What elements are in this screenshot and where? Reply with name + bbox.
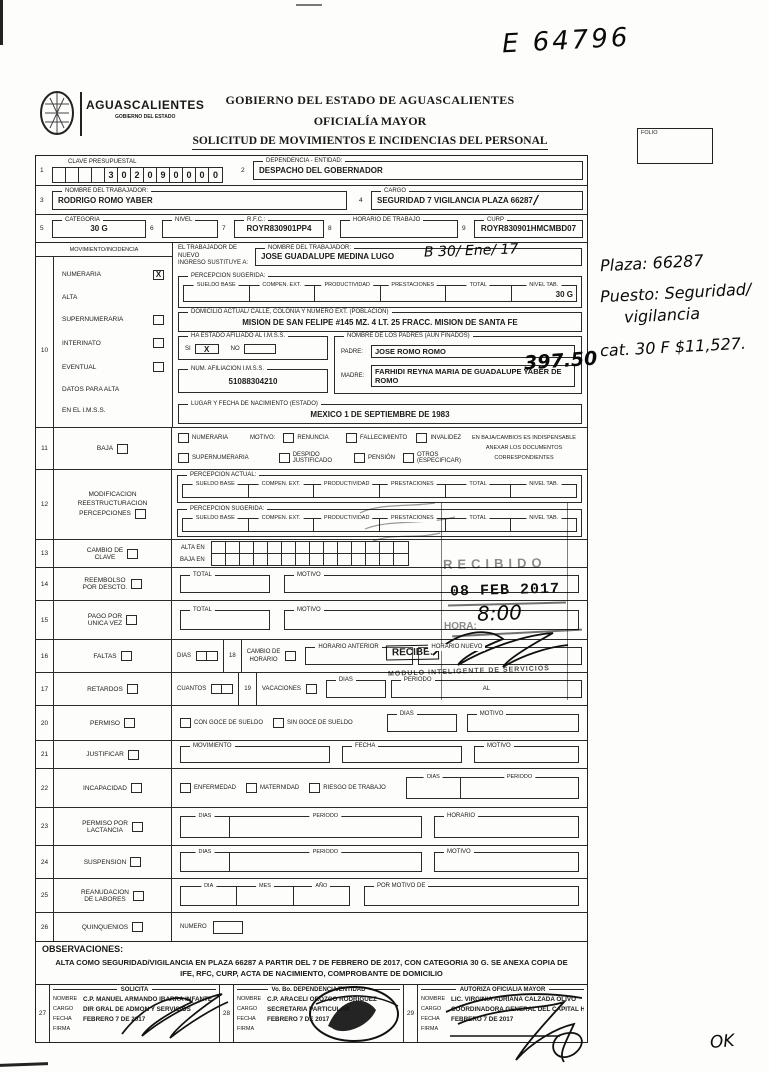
cuantos-label: CUANTOS (177, 686, 206, 692)
row-number: 17 (36, 673, 54, 705)
clave-digit: 3 (105, 168, 118, 182)
row-number: 14 (36, 568, 54, 600)
reembolso-label: REEMBOLSO (84, 577, 125, 584)
handwritten-hora: 8:00 (477, 600, 523, 626)
clave-presupuestal-field: CLAVE PRESUPUESTAL 302090000 (52, 159, 223, 183)
title-oficialia: OFICIALÍA MAYOR (150, 114, 590, 129)
faltas-checkbox (121, 651, 132, 661)
reanudacion-checkbox (133, 891, 144, 901)
quinquenios-content: NUMERO (172, 913, 587, 941)
padre-label: PADRE: (341, 349, 367, 355)
nacimiento-label: LUGAR Y FECHA DE NACIMIENTO (ESTADO) (188, 401, 321, 408)
suspension-content: DIAS PERIODO MOTIVO (172, 846, 587, 878)
cuantos-box (222, 684, 233, 694)
con-goce-label: CON GOCE DE SUELDO (194, 720, 263, 726)
en-el-imss-label: EN EL I.M.S.S. (62, 407, 105, 414)
row-categoria-curp: 5 CATEGORIA 30 G 6 NIVEL 7 R.F.C.: ROYR8… (36, 215, 587, 242)
invalidez-label: INVALIDEZ (430, 435, 461, 441)
fecha-field: FECHA (342, 746, 462, 763)
despido-checkbox (279, 453, 290, 463)
numeraria-checkbox: X (153, 270, 164, 280)
retardos-checkbox (127, 684, 138, 694)
quinquenios-label: QUINQUENIOS (82, 924, 128, 931)
folio-box: FOLIO (637, 128, 713, 164)
maternidad-label: MATERNIDAD (260, 785, 299, 791)
supernumeraria-label: SUPERNUMERARIA (62, 316, 123, 323)
total-field: TOTAL (180, 575, 270, 593)
row-number: 26 (36, 913, 54, 941)
autoriza-signature (440, 984, 590, 1069)
dias-periodo-field: DIAS PERIODO (180, 852, 422, 872)
curp-label: CURP (484, 217, 507, 224)
padres-label: NOMBRE DE LOS PADRES (AUN FINADOS) (344, 333, 473, 340)
row-number-18: 18 (229, 653, 236, 659)
row-alta: MOVIMIENTO/INCIDENCIA 10 NUMERARIAX ALTA… (36, 243, 587, 428)
no-checkbox (244, 344, 276, 354)
cambio-clave-checkbox (127, 549, 138, 559)
row-number: 10 (36, 257, 54, 427)
pago-por-label: PAGO POR (88, 613, 122, 620)
permiso-label: PERMISO (90, 720, 120, 727)
num-afiliacion-value: 51088304210 (179, 370, 327, 392)
row-number: 1 (40, 167, 48, 174)
dependencia-field: DEPENDENCIA - ENTIDAD: DESPACHO DEL GOBE… (253, 161, 583, 180)
handwritten-margin-notes: Plaza: 66287Puesto: Seguridad/vigilancia… (600, 252, 765, 368)
cuantos-box (211, 684, 222, 694)
incapacidad-checkbox (131, 783, 142, 793)
vacaciones-label: VACACIONES (262, 686, 301, 692)
row-number: 21 (36, 741, 54, 768)
handwritten-slash: / (534, 193, 538, 207)
sin-goce-checkbox (273, 718, 284, 728)
clave-digit (79, 168, 92, 182)
row-number: 29 (404, 985, 418, 1042)
justificar-label: JUSTIFICAR (86, 751, 124, 758)
dias-box (196, 651, 207, 661)
dia-mes-anio-field: DIA MES AÑO (180, 886, 350, 906)
renuncia-checkbox (283, 433, 294, 443)
invalidez-checkbox (416, 433, 427, 443)
sustituye-nombre-label: NOMBRE DEL TRABAJADOR: (265, 245, 354, 252)
renuncia-label: RENUNCIA (297, 435, 328, 441)
recibido-stamp-text: RECIBIDO (443, 555, 547, 572)
observaciones-label: OBSERVACIONES: (42, 944, 581, 954)
row-reanudacion: 25 REANUDACIONDE LABORES DIA MES AÑO POR… (36, 879, 587, 913)
num-afiliacion-label: NUM. AFILIACION I.M.S.S. (188, 366, 267, 373)
horario-trabajo-field: HORARIO DE TRABAJO (340, 220, 458, 238)
scan-artifact (0, 1062, 48, 1067)
afiliado-imss-label: HA ESTADO AFILIADO AL I.M.S.S. (188, 333, 288, 340)
dias-label: DIAS (177, 653, 191, 659)
motivo-field: MOTIVO (467, 714, 579, 732)
compen-ext-cell: COMPEN. EXT. (249, 485, 315, 497)
total-cell: TOTAL (446, 286, 512, 301)
clave-digit: 0 (118, 168, 131, 182)
alta-en-label: ALTA EN (180, 542, 205, 554)
clave-digit: 0 (183, 168, 196, 182)
row-number: 22 (36, 769, 54, 807)
rfc-field: R.F.C.: ROYR830901PP4 (234, 220, 324, 238)
row-clave-dependencia: 1 CLAVE PRESUPUESTAL 302090000 2 DEPENDE… (36, 156, 587, 186)
row-number: 16 (36, 640, 54, 672)
row-number: 12 (36, 470, 54, 539)
sustituye-nombre-field: NOMBRE DEL TRABAJADOR: JOSE GUADALUPE ME… (255, 248, 582, 266)
pension-label: PENSIÓN (368, 455, 395, 461)
nivel-tab-cell: NIVEL TAB. (511, 485, 576, 497)
clave-digit (53, 168, 66, 182)
form-titles: GOBIERNO DEL ESTADO DE AGUASCALIENTES OF… (150, 93, 590, 150)
handwritten-ok: OK (709, 1031, 735, 1053)
quinquenios-checkbox (132, 922, 143, 932)
row-nombre-cargo: 3 NOMBRE DEL TRABAJADOR: RODRIGO ROMO YA… (36, 186, 587, 215)
faint-stamp-marks (355, 495, 475, 550)
alta-label: ALTA (62, 294, 77, 301)
justificar-content: MOVIMIENTO FECHA MOTIVO (172, 741, 587, 768)
permiso-checkbox (124, 718, 135, 728)
title-government: GOBIERNO DEL ESTADO DE AGUASCALIENTES (150, 93, 590, 108)
con-goce-checkbox (180, 718, 191, 728)
row-number-19: 19 (244, 686, 251, 692)
alta-percepcion-sugerida: PERCEPCION SUGERIDA: SUELDO BASE COMPEN.… (178, 276, 582, 308)
row-number: 8 (328, 225, 336, 232)
si-checkbox: X (195, 344, 219, 354)
scan-artifact (296, 4, 322, 6)
baja-checkbox (117, 444, 128, 454)
curp-field: CURP ROYR830901HMCMBD07 (474, 220, 583, 238)
productividad-cell: PRODUCTIVIDAD (315, 286, 381, 301)
despido-label: DESPIDO JUSTIFICADO (293, 452, 346, 464)
row-number: 9 (462, 225, 470, 232)
margin-note: vigilancia (624, 300, 766, 326)
cargo-value: SEGURIDAD 7 VIGILANCIA PLAZA 66287 (377, 196, 533, 205)
row-number: 27 (36, 985, 50, 1042)
numero-box (213, 921, 243, 934)
baja-numeraria-label: NUMERARIA (192, 435, 228, 441)
margin-note: cat. 30 F $11,527. (600, 333, 766, 361)
identification-section: 1 CLAVE PRESUPUESTAL 302090000 2 DEPENDE… (35, 155, 588, 243)
baja-supernumeraria-label: SUPERNUMERARIA (192, 455, 249, 461)
dependencia-label: DEPENDENCIA - ENTIDAD: (263, 158, 345, 165)
eventual-label: EVENTUAL (62, 364, 96, 371)
prestaciones-cell: PRESTACIONES (381, 286, 447, 301)
nivel-tab-cell: NIVEL TAB.30 G (512, 286, 577, 301)
supernumeraria-checkbox (153, 315, 164, 325)
lactancia-label: LACTANCIA (87, 827, 123, 834)
interinato-label: INTERINATO (62, 340, 101, 347)
de-labores-label: DE LABORES (84, 896, 126, 903)
row-number: 24 (36, 846, 54, 878)
no-label: NO (231, 346, 240, 352)
reestructuracion-label: REESTRUCTURACION (78, 500, 148, 507)
permiso-por-label: PERMISO POR (82, 820, 128, 827)
anio-cell: AÑO (294, 887, 349, 905)
dias-field: DIAS (326, 680, 386, 698)
row-number: 20 (36, 706, 54, 740)
stamp-date: 08 FEB 2017 (450, 581, 560, 601)
clave-digit: 2 (131, 168, 144, 182)
row-suspension: 24 SUSPENSION DIAS PERIODO MOTIVO (36, 846, 587, 879)
logo-divider (80, 92, 82, 136)
clave-digit (92, 168, 105, 182)
cargo-field: CARGO SEGURIDAD 7 VIGILANCIA PLAZA 66287… (371, 191, 583, 210)
reanudacion-content: DIA MES AÑO POR MOTIVO DE (172, 879, 587, 912)
dias-cell: DIAS (181, 817, 230, 837)
nacimiento-field: LUGAR Y FECHA DE NACIMIENTO (ESTADO) MEX… (178, 404, 582, 424)
enfermedad-checkbox (180, 783, 191, 793)
periodo-cell: PERIODO (230, 817, 421, 837)
unica-vez-label: UNICA VEZ (88, 620, 122, 627)
fallecimiento-label: FALLECIMIENTO (360, 435, 407, 441)
sin-goce-label: SIN GOCE DE SUELDO (287, 720, 353, 726)
permiso-content: CON GOCE DE SUELDO SIN GOCE DE SUELDO DI… (172, 706, 587, 740)
lactancia-checkbox (132, 822, 143, 832)
riesgo-label: RIESGO DE TRABAJO (323, 785, 386, 791)
baja-content: NUMERARIA MOTIVO: RENUNCIA FALLECIMIENTO… (172, 428, 587, 469)
motivo-field: MOTIVO (434, 852, 579, 872)
row-number: 2 (241, 167, 249, 174)
dias-periodo-field: DIAS PERIODO (406, 777, 579, 799)
cargo-label: CARGO (381, 188, 409, 195)
alta-content: EL TRABAJADOR DE NUEVOINGRESO SUSTITUYE … (173, 243, 587, 427)
nivel-tab-value: 30 G (556, 290, 573, 299)
categoria-field: CATEGORIA 30 G (52, 220, 146, 238)
row-baja: 11 BAJA NUMERARIA MOTIVO: RENUNCIA FALLE… (36, 428, 587, 470)
madre-label: MADRE: (341, 373, 367, 379)
compen-ext-cell: COMPEN. EXT. (250, 286, 316, 301)
horario-field: HORARIO (434, 816, 579, 838)
periodo-cell: PERIODO (230, 853, 421, 871)
row-justificar: 21 JUSTIFICAR MOVIMIENTO FECHA MOTIVO (36, 741, 587, 769)
dias-periodo-field: DIAS PERIODO (180, 816, 422, 838)
modificacion-label: MODIFICACION (88, 491, 136, 498)
row-number: 3 (40, 197, 48, 204)
row-number: 4 (359, 197, 367, 204)
baja-supernumeraria-checkbox (178, 453, 189, 463)
nivel-field: NIVEL (162, 220, 218, 238)
clave-digit: 0 (196, 168, 209, 182)
reembolso-checkbox (131, 579, 142, 589)
lactancia-content: DIAS PERIODO HORARIO (172, 808, 587, 845)
incapacidad-label: INCAPACIDAD (83, 785, 127, 792)
dia-cell: DIA (181, 887, 237, 905)
motivo-label: MOTIVO: (250, 435, 275, 441)
retardos-label: RETARDOS (87, 686, 123, 693)
otros-checkbox (403, 453, 414, 463)
row-permiso: 20 PERMISO CON GOCE DE SUELDO SIN GOCE D… (36, 706, 587, 741)
baja-numeraria-checkbox (178, 433, 189, 443)
nivel-label: NIVEL (172, 217, 195, 224)
nombre-trabajador-field: NOMBRE DEL TRABAJADOR: RODRIGO ROMO YABE… (52, 191, 347, 210)
scanned-form-page: E 64796 AGUASCALIENTES GOBIERNO DEL ESTA… (0, 0, 769, 1072)
row-number: 11 (36, 428, 54, 469)
rfc-label: R.F.C.: (244, 217, 268, 224)
sueldo-base-cell: SUELDO BASE (183, 485, 249, 497)
eventual-checkbox (153, 362, 164, 372)
clave-label: CLAVE PRESUPUESTAL (66, 159, 138, 165)
numero-label: NUMERO (180, 924, 207, 930)
cambio-horario-checkbox (285, 651, 296, 661)
row-number: 5 (40, 225, 48, 232)
cambio-de-label: CAMBIO DE (87, 547, 123, 554)
clave-digit: 9 (157, 168, 170, 182)
suspension-label: SUSPENSION (84, 859, 127, 866)
riesgo-checkbox (309, 783, 320, 793)
handwritten-sustituye-note: B 30/ Ene/ 17 (424, 241, 519, 260)
pension-checkbox (354, 453, 365, 463)
movimiento-incidencia-header: MOVIMIENTO/INCIDENCIA (36, 243, 172, 257)
pago-checkbox (126, 615, 137, 625)
reanudacion-label: REANUDACION (81, 889, 129, 896)
horario-trabajo-label: HORARIO DE TRABAJO (350, 217, 423, 224)
compen-ext-cell: COMPEN. EXT. (249, 519, 315, 531)
clave-digit (66, 168, 79, 182)
dias-cell: DIAS (407, 778, 461, 798)
dias-cell: DIAS (181, 853, 230, 871)
clave-digit: 0 (144, 168, 157, 182)
afiliado-imss-field: HA ESTADO AFILIADO AL I.M.S.S. SI X NO (178, 336, 328, 360)
maternidad-checkbox (246, 783, 257, 793)
categoria-label: CATEGORIA (62, 217, 103, 224)
alta-left-column: MOVIMIENTO/INCIDENCIA 10 NUMERARIAX ALTA… (36, 243, 173, 427)
motivo-field: MOTIVO (474, 746, 579, 763)
vacaciones-checkbox (306, 684, 317, 694)
movimiento-field: MOVIMIENTO (180, 746, 330, 763)
interinato-checkbox (153, 338, 164, 348)
faltas-label: FALTAS (93, 653, 116, 660)
row-number: 6 (150, 225, 158, 232)
baja-nota: EN BAJA/CAMBIOS ES INDISPENSABLEANEXAR L… (465, 434, 583, 464)
percepciones-label: PERCEPCIONES (79, 510, 131, 517)
observaciones-text: ALTA COMO SEGURIDAD/VIGILANCIA EN PLAZA … (53, 957, 570, 980)
justificar-checkbox (128, 750, 139, 760)
alta-labels: NUMERARIAX ALTA SUPERNUMERARIA INTERINAT… (54, 257, 172, 427)
si-label: SI (185, 346, 191, 352)
row-number: 23 (36, 808, 54, 845)
sustituye-label: EL TRABAJADOR DE NUEVOINGRESO SUSTITUYE … (178, 245, 250, 268)
por-motivo-field: POR MOTIVO DE (364, 886, 579, 906)
suspension-checkbox (130, 857, 141, 867)
state-crest-logo (38, 90, 76, 136)
mes-cell: MES (237, 887, 293, 905)
por-descto-label: POR DESCTO. (83, 584, 128, 591)
row-lactancia: 23 PERMISO PORLACTANCIA DIAS PERIODO HOR… (36, 808, 587, 846)
num-afiliacion-field: NUM. AFILIACION I.M.S.S. 51088304210 (178, 369, 328, 393)
row-quinquenios: 26 QUINQUENIOS NUMERO (36, 913, 587, 941)
clave-label: CLAVE (95, 554, 116, 561)
sueldo-base-cell: SUELDO BASE (184, 286, 250, 301)
row-number: 7 (222, 225, 230, 232)
percepciones-checkbox (135, 509, 146, 519)
vobo-signature (306, 984, 406, 1044)
clave-digit: 0 (209, 168, 222, 182)
datos-para-alta-label: DATOS PARA ALTA (62, 386, 119, 393)
baja-label: BAJA (97, 445, 113, 452)
row-number: 15 (36, 601, 54, 639)
domicilio-field: DOMICILIO ACTUAL/ CALLE, COLONIA Y NUMER… (178, 312, 582, 332)
handwritten-folio-number: E 64796 (501, 23, 631, 60)
horario-label: HORARIO (250, 657, 278, 663)
row-number: 13 (36, 540, 54, 567)
domicilio-label: DOMICILIO ACTUAL/ CALLE, COLONIA Y NUMER… (188, 309, 392, 316)
observaciones-section: OBSERVACIONES: ALTA COMO SEGURIDAD/VIGIL… (35, 942, 588, 985)
sueldo-base-cell: SUELDO BASE (183, 519, 249, 531)
dias-field: DIAS (387, 714, 457, 732)
dias-box (207, 651, 218, 661)
margin-note: Plaza: 66287 (600, 248, 766, 276)
row-incapacidad: 22 INCAPACIDAD ENFERMEDAD MATERNIDAD RIE… (36, 769, 587, 808)
clave-digit: 0 (170, 168, 183, 182)
total-field: TOTAL (180, 610, 270, 630)
incapacidad-content: ENFERMEDAD MATERNIDAD RIESGO DE TRABAJO … (172, 769, 587, 807)
folio-label: FOLIO (641, 130, 658, 136)
percepcion-sugerida-label: PERCEPCION SUGERIDA: (188, 273, 268, 280)
clave-digit-boxes: 302090000 (52, 167, 223, 183)
nombre-label: NOMBRE DEL TRABAJADOR: (62, 188, 151, 195)
baja-en-label: BAJA EN (180, 554, 205, 566)
fallecimiento-checkbox (346, 433, 357, 443)
scan-artifact (0, 0, 3, 45)
cambio-de-label: CAMBIO DE (247, 649, 281, 655)
numeraria-label: NUMERARIA (62, 271, 101, 278)
periodo-cell: PERIODO (461, 778, 578, 798)
otros-label: OTROS (ESPECIFICAR) (417, 452, 461, 464)
row-number: 25 (36, 879, 54, 912)
solicita-signature (118, 986, 233, 1042)
title-form-name: SOLICITUD DE MOVIMIENTOS E INCIDENCIAS D… (192, 135, 547, 150)
enfermedad-label: ENFERMEDAD (194, 785, 236, 791)
